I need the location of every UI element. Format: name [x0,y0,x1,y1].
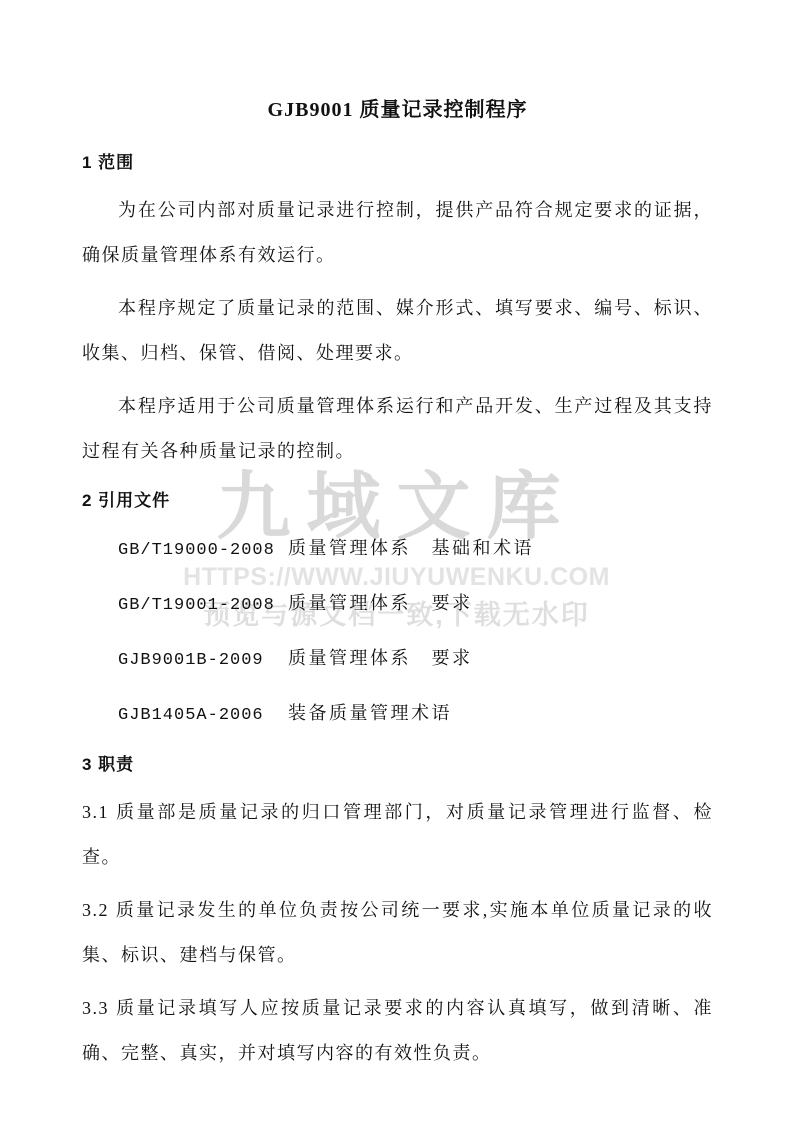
reference-row: GB/T19001-2008 质量管理体系 要求 [82,581,713,628]
reference-title: 质量管理体系 要求 [288,581,473,626]
reference-code: GB/T19001-2008 [118,583,288,628]
clause: 3.3 质量记录填写人应按质量记录要求的内容认真填写，做到清晰、准确、完整、真实… [82,986,713,1076]
clause: 3.2 质量记录发生的单位负责按公司统一要求,实施本单位质量记录的收集、标识、建… [82,888,713,978]
reference-code: GJB9001B-2009 [118,638,288,683]
reference-title: 质量管理体系 基础和术语 [288,526,534,571]
section-heading-references: 2 引用文件 [82,488,713,514]
paragraph: 为在公司内部对质量记录进行控制，提供产品符合规定要求的证据，确保质量管理体系有效… [82,188,713,278]
reference-title: 质量管理体系 要求 [288,636,473,681]
reference-row: GJB1405A-2006 装备质量管理术语 [82,691,713,738]
reference-title: 装备质量管理术语 [288,691,452,736]
paragraph: 本程序适用于公司质量管理体系运行和产品开发、生产过程及其支持过程有关各种质量记录… [82,384,713,474]
section-heading-responsibilities: 3 职责 [82,752,713,778]
section-heading-scope: 1 范围 [82,150,713,176]
document-title: GJB9001 质量记录控制程序 [82,94,713,126]
document-page: 九域文库 HTTPS://WWW.JIUYUWENKU.COM 预览与源文档一致… [0,0,793,1122]
document-content: GJB9001 质量记录控制程序 1 范围 为在公司内部对质量记录进行控制，提供… [0,0,793,1076]
paragraph: 本程序规定了质量记录的范围、媒介形式、填写要求、编号、标识、收集、归档、保管、借… [82,286,713,376]
reference-code: GJB1405A-2006 [118,693,288,738]
reference-row: GB/T19000-2008 质量管理体系 基础和术语 [82,526,713,573]
reference-row: GJB9001B-2009 质量管理体系 要求 [82,636,713,683]
reference-code: GB/T19000-2008 [118,528,288,573]
clause: 3.1 质量部是质量记录的归口管理部门，对质量记录管理进行监督、检查。 [82,790,713,880]
